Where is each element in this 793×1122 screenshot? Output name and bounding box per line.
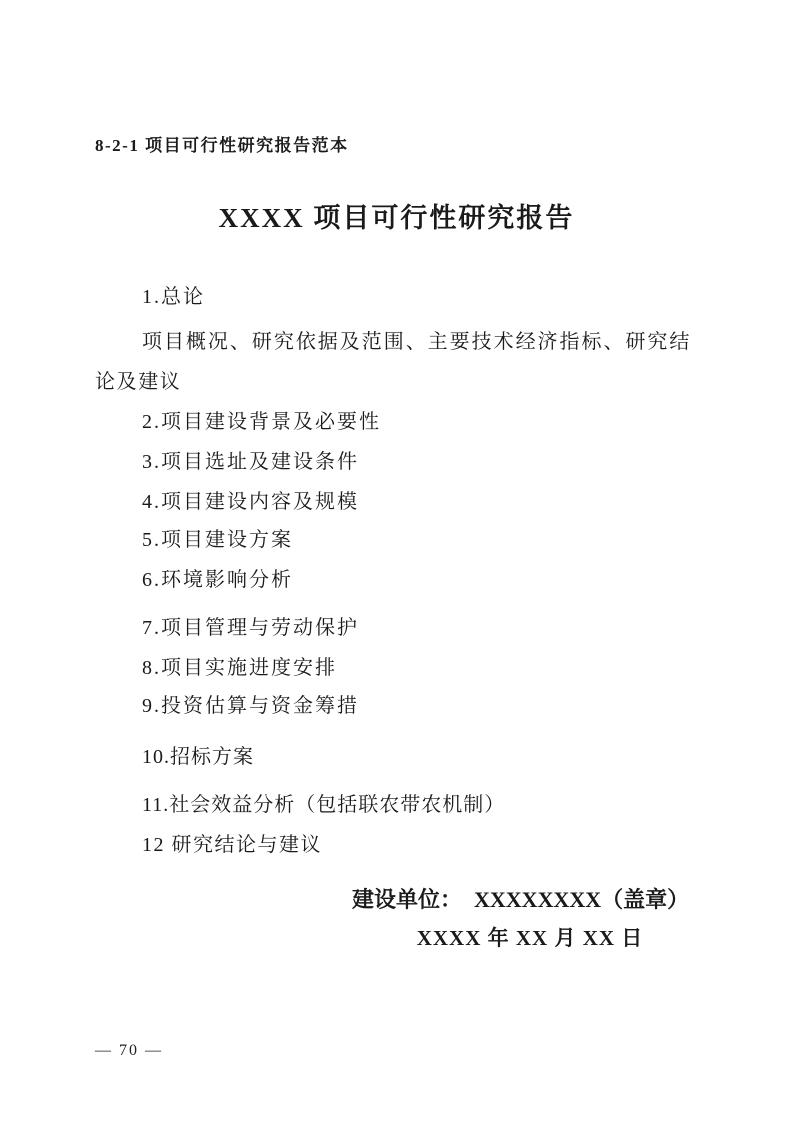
toc-item-4: 4.项目建设内容及规模 (142, 491, 359, 513)
toc-item-11: 11.社会效益分析（包括联农带农机制） (142, 794, 505, 816)
section-header-label: 8-2-1 项目可行性研究报告范本 (95, 131, 349, 156)
unit-label: 建设单位： (352, 887, 462, 912)
unit-value: XXXXXXXX（盖章） (474, 887, 689, 912)
toc-item-6: 6.环境影响分析 (142, 569, 293, 591)
toc-item-8: 8.项目实施进度安排 (142, 657, 337, 679)
document-page: 8-2-1 项目可行性研究报告范本 XXXX 项目可行性研究报告 1.总论 项目… (0, 0, 793, 1122)
signature-unit-line: 建设单位：XXXXXXXX（盖章） (352, 883, 689, 914)
toc-item-9: 9.投资估算与资金筹措 (142, 695, 359, 717)
toc-item-2: 2.项目建设背景及必要性 (142, 411, 381, 433)
toc-item-10: 10.招标方案 (142, 746, 254, 768)
toc-item-7: 7.项目管理与劳动保护 (142, 617, 359, 639)
toc-item-1: 1.总论 (142, 286, 205, 308)
signature-date-line: XXXX 年 XX 月 XX 日 (360, 922, 700, 952)
toc-intro-paragraph: 项目概况、研究依据及范围、主要技术经济指标、研究结论及建议 (95, 322, 691, 402)
page-number: — 70 — (95, 1042, 163, 1060)
toc-item-12: 12 研究结论与建议 (142, 834, 322, 856)
toc-item-5: 5.项目建设方案 (142, 529, 293, 551)
toc-item-3: 3.项目选址及建设条件 (142, 451, 359, 473)
document-title: XXXX 项目可行性研究报告 (0, 196, 793, 235)
